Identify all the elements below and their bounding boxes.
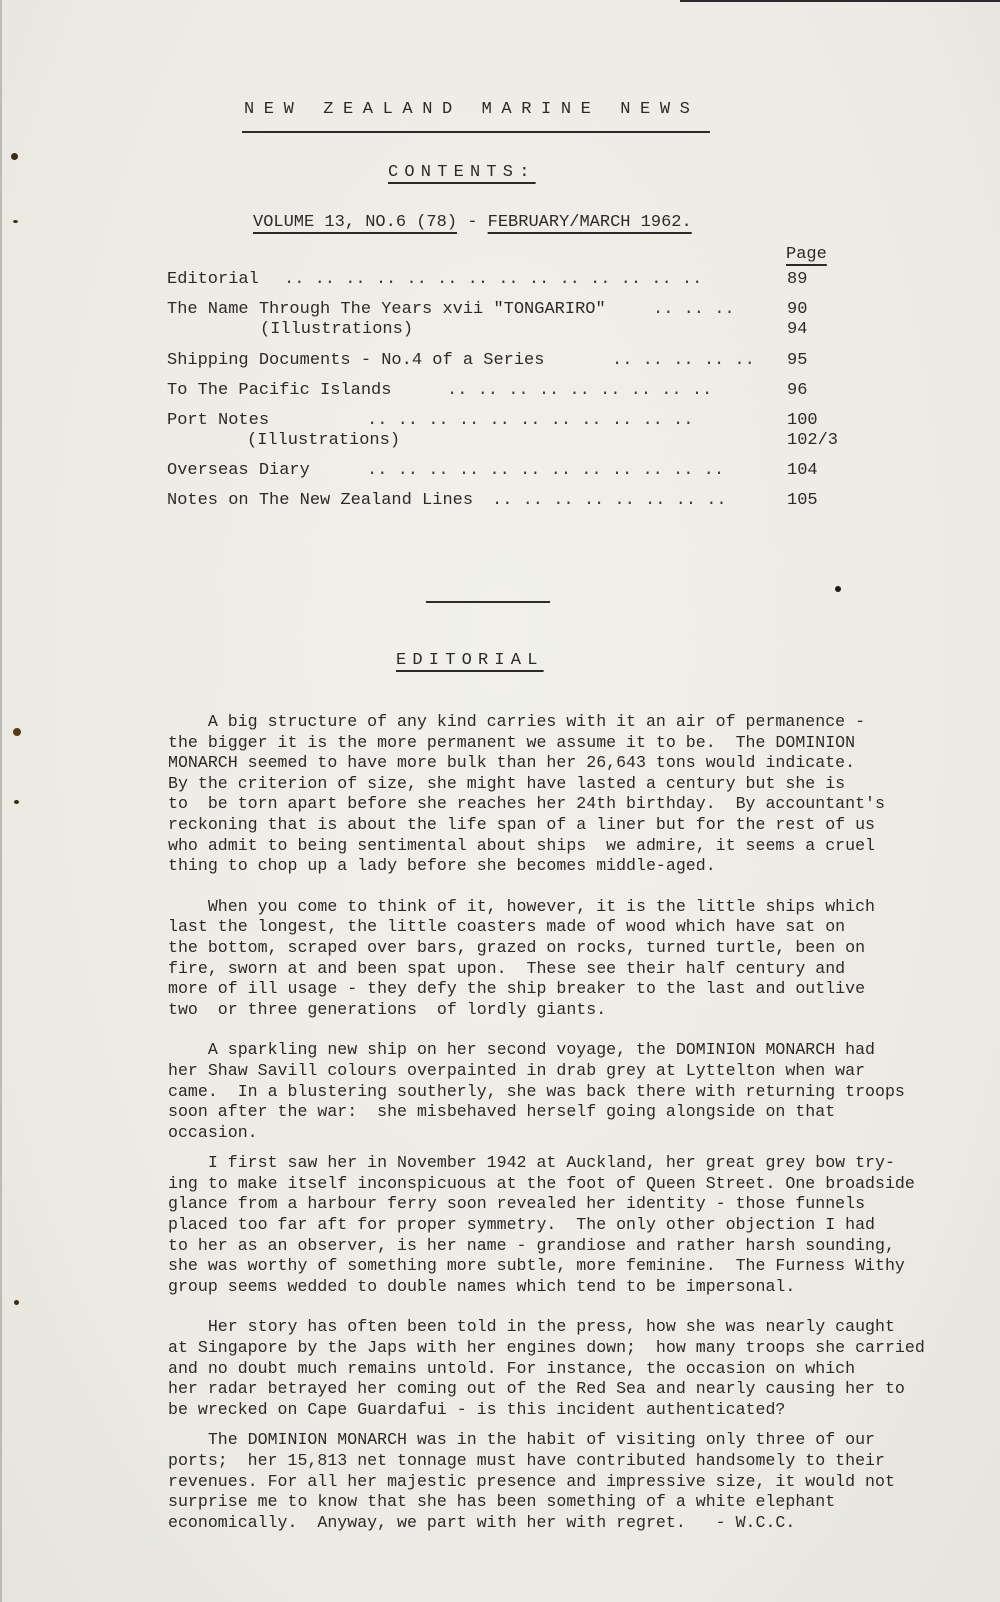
page-edge xyxy=(0,0,2,1602)
toc-entry: Shipping Documents - No.4 of a Series ..… xyxy=(167,351,827,371)
toc-entry: Port Notes .. .. .. .. .. .. .. .. .. ..… xyxy=(167,411,827,431)
volume-line: VOLUME 13, NO.6 (78) - FEBRUARY/MARCH 19… xyxy=(253,213,692,232)
editorial-paragraph: The DOMINION MONARCH was in the habit of… xyxy=(168,1430,968,1533)
toc-leader-dots: .. .. .. .. .. .. .. .. .. .. .. .. xyxy=(367,461,724,480)
toc-entry-page: 89 xyxy=(787,270,807,289)
toc-sub-entry: (Illustrations) 102/3 xyxy=(167,431,827,451)
toc-entry-page: 100 xyxy=(787,411,818,430)
toc-leader-dots: .. .. .. .. .. .. .. .. .. xyxy=(447,381,712,400)
editorial-paragraph: Her story has often been told in the pre… xyxy=(168,1317,968,1420)
toc-leader-dots: .. .. .. .. .. .. .. .. .. .. .. .. .. .… xyxy=(284,270,702,289)
toc-entry-page: 105 xyxy=(787,491,818,510)
contents-heading: CONTENTS: xyxy=(388,163,536,182)
toc-page-column-header: Page xyxy=(786,245,827,264)
toc-sub-entry-page: 102/3 xyxy=(787,431,838,450)
toc-entry-title: To The Pacific Islands xyxy=(167,381,391,400)
toc-entry: Notes on The New Zealand Lines .. .. .. … xyxy=(167,491,827,511)
toc-sub-entry-title: (Illustrations) xyxy=(247,431,400,450)
publication-title: NEW ZEALAND MARINE NEWS xyxy=(244,100,710,119)
masthead-underline xyxy=(242,131,710,133)
speck xyxy=(14,800,19,804)
toc-entry-title: Notes on The New Zealand Lines xyxy=(167,491,473,510)
toc-entry-page: 104 xyxy=(787,461,818,480)
speck xyxy=(13,728,21,736)
speck xyxy=(13,220,18,223)
toc-entry-page: 90 xyxy=(787,300,807,319)
volume-date: FEBRUARY/MARCH 1962. xyxy=(488,213,692,232)
toc-entry: Editorial .. .. .. .. .. .. .. .. .. .. … xyxy=(167,270,827,290)
speck xyxy=(14,1300,19,1305)
toc-entry: To The Pacific Islands .. .. .. .. .. ..… xyxy=(167,381,827,401)
toc-entry-title: Port Notes xyxy=(167,411,269,430)
toc-entry-title: The Name Through The Years xvii "TONGARI… xyxy=(167,300,606,319)
toc-leader-dots: .. .. .. .. .. .. .. .. .. .. .. xyxy=(367,411,693,430)
toc-entry-page: 96 xyxy=(787,381,807,400)
editorial-body: A big structure of any kind carries with… xyxy=(168,712,968,1533)
volume-separator: - xyxy=(467,213,477,232)
toc-entry: The Name Through The Years xvii "TONGARI… xyxy=(167,300,827,320)
editorial-paragraph: A big structure of any kind carries with… xyxy=(168,712,968,877)
toc-sub-entry-title: (Illustrations) xyxy=(260,320,413,339)
toc-entry-title: Shipping Documents - No.4 of a Series xyxy=(167,351,544,370)
editorial-paragraph: When you come to think of it, however, i… xyxy=(168,897,968,1021)
toc-entry-page: 95 xyxy=(787,351,807,370)
speck xyxy=(11,153,18,160)
toc-leader-dots: .. .. .. .. .. xyxy=(612,351,755,370)
typewritten-page: NEW ZEALAND MARINE NEWS CONTENTS: VOLUME… xyxy=(0,0,1000,1602)
volume-issue: VOLUME 13, NO.6 (78) xyxy=(253,213,457,232)
toc-entry: Overseas Diary .. .. .. .. .. .. .. .. .… xyxy=(167,461,827,481)
toc-sub-entry-page: 94 xyxy=(787,320,807,339)
section-divider xyxy=(426,601,550,603)
toc-leader-dots: .. .. .. .. .. .. .. .. xyxy=(492,491,727,510)
editorial-paragraph: I first saw her in November 1942 at Auck… xyxy=(168,1153,968,1297)
page-edge-top xyxy=(680,0,1000,2)
speck xyxy=(835,586,841,592)
toc-leader-dots: .. .. .. xyxy=(653,300,735,319)
toc-entry-title: Editorial xyxy=(167,270,259,289)
toc-sub-entry: (Illustrations) 94 xyxy=(167,320,827,340)
editorial-paragraph: A sparkling new ship on her second voyag… xyxy=(168,1040,968,1143)
toc-entry-title: Overseas Diary xyxy=(167,461,310,480)
editorial-heading: EDITORIAL xyxy=(396,651,544,670)
